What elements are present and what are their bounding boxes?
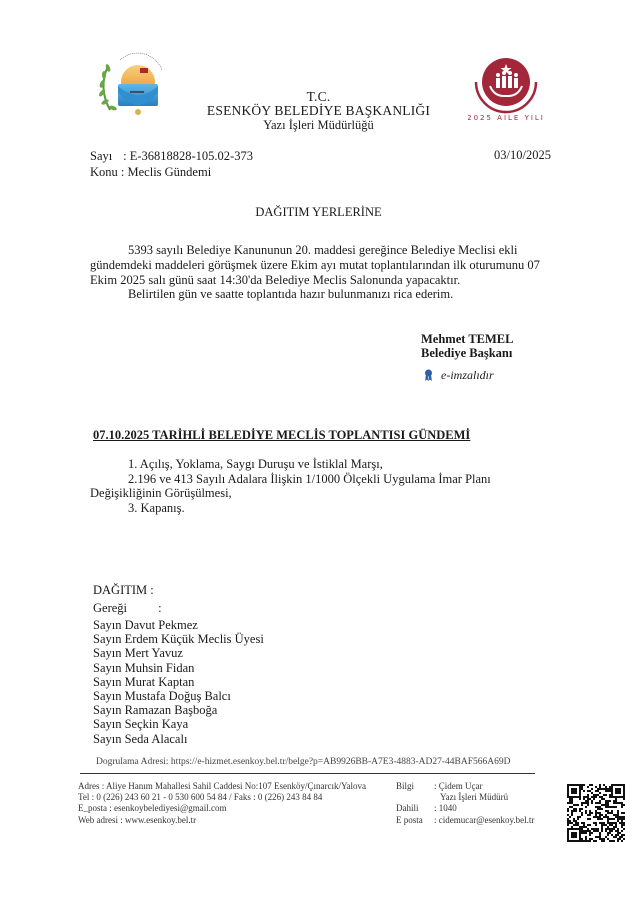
recipient: Sayın Davut Pekmez: [93, 618, 264, 632]
recipient: Sayın Mustafa Doğuş Balcı: [93, 689, 264, 703]
dahili-label: Dahili: [396, 803, 434, 814]
sayi-label: Sayı: [90, 148, 120, 164]
letterhead: T.C. ESENKÖY BELEDİYE BAŞKANLIĞI Yazı İş…: [0, 90, 637, 132]
konu-value: : Meclis Gündemi: [121, 165, 211, 179]
recipient: Sayın Seçkin Kaya: [93, 717, 264, 731]
body-paragraph-1: 5393 sayılı Belediye Kanununun 20. madde…: [90, 243, 552, 287]
email: E_posta : esenkoybelediyesi@gmail.com: [78, 803, 366, 814]
header-institution: ESENKÖY BELEDİYE BAŞKANLIĞI: [0, 104, 637, 118]
document-meta: Sayı : E-36818828-105.02-373 Konu : Mecl…: [90, 148, 253, 180]
contact-role: Yazı İşleri Müdürü: [434, 792, 508, 803]
header-tc: T.C.: [0, 90, 637, 104]
dahili-value: : 1040: [434, 803, 457, 814]
sayi-row: Sayı : E-36818828-105.02-373: [90, 148, 253, 164]
agenda-list: 1. Açılış, Yoklama, Saygı Duruşu ve İsti…: [90, 457, 560, 515]
website: Web adresi : www.esenkoy.bel.tr: [78, 815, 366, 826]
bilgi-value: : Çidem Uçar: [434, 781, 483, 792]
qr-code: [567, 784, 625, 842]
recipient: Sayın Muhsin Fidan: [93, 661, 264, 675]
sayi-value: : E-36818828-105.02-373: [123, 149, 253, 163]
gereg-label: Gereği: [93, 601, 127, 615]
ribbon-badge-icon: [424, 369, 433, 382]
distribution-heading: DAĞITIM YERLERİNE: [0, 205, 637, 220]
agenda-title: 07.10.2025 TARİHLİ BELEDİYE MECLİS TOPLA…: [93, 428, 470, 443]
header-department: Yazı İşleri Müdürlüğü: [0, 118, 637, 132]
recipient: Sayın Murat Kaptan: [93, 675, 264, 689]
signatory-title: Belediye Başkanı: [421, 346, 513, 360]
agenda-item: 3. Kapanış.: [90, 501, 560, 516]
qr-code-icon: [567, 784, 625, 842]
letter-body: 5393 sayılı Belediye Kanununun 20. madde…: [90, 243, 552, 302]
recipient: Sayın Ramazan Başboğa: [93, 703, 264, 717]
e-signature-label: e-imzalıdır: [441, 368, 494, 383]
recipient-list: Sayın Davut Pekmez Sayın Erdem Küçük Mec…: [93, 618, 264, 746]
address: Adres : Aliye Hanım Mahallesi Sahil Cadd…: [78, 781, 366, 792]
konu-label: Konu: [90, 165, 118, 179]
agenda-item: 2.196 ve 413 Sayılı Adalara İlişkin 1/10…: [90, 472, 560, 487]
distribution-label: DAĞITIM :: [93, 583, 154, 598]
agenda-item: 1. Açılış, Yoklama, Saygı Duruşu ve İsti…: [90, 457, 560, 472]
footer-divider: [80, 773, 535, 774]
eposta-value: : cidemucar@esenkoy.bel.tr: [434, 815, 534, 826]
konu-row: Konu : Meclis Gündemi: [90, 164, 253, 180]
agenda-item-continuation: Değişikliğinin Görüşülmesi,: [90, 486, 560, 501]
gereg-row: Gereği :: [93, 601, 162, 616]
contact-info: Adres : Aliye Hanım Mahallesi Sahil Cadd…: [78, 781, 366, 826]
body-paragraph-2: Belirtilen gün ve saatte toplantıda hazı…: [90, 287, 552, 302]
recipient: Sayın Mert Yavuz: [93, 646, 264, 660]
signature-block: Mehmet TEMEL Belediye Başkanı: [421, 332, 513, 360]
eposta-label: E posta: [396, 815, 434, 826]
document-date: 03/10/2025: [494, 148, 551, 163]
recipient: Sayın Erdem Küçük Meclis Üyesi: [93, 632, 264, 646]
contact-person: Bilgi: Çidem Uçar Yazı İşleri Müdürü Dah…: [396, 781, 534, 826]
bilgi-label: Bilgi: [396, 781, 434, 792]
phone: Tel : 0 (226) 243 60 21 - 0 530 600 54 8…: [78, 792, 366, 803]
signatory-name: Mehmet TEMEL: [421, 332, 513, 346]
verification-address: Dogrulama Adresi: https://e-hizmet.esenk…: [96, 757, 511, 767]
e-signature: e-imzalıdır: [424, 368, 494, 383]
recipient: Sayın Seda Alacalı: [93, 732, 264, 746]
gereg-colon: :: [158, 601, 161, 616]
